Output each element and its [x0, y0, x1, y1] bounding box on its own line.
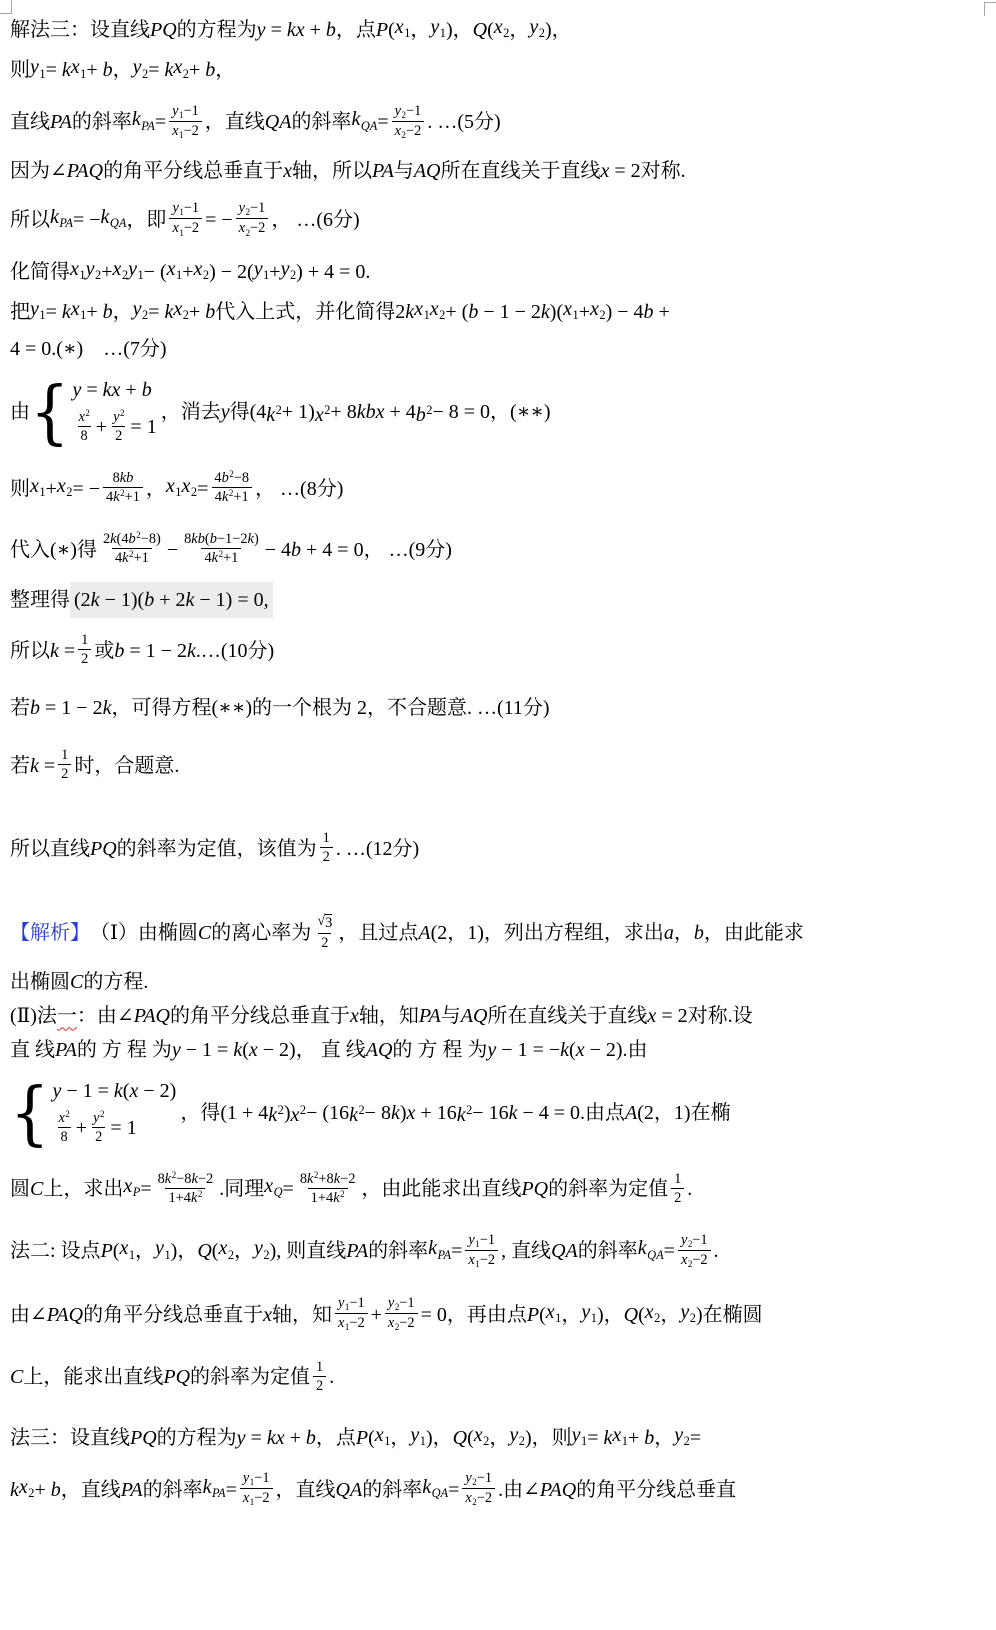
- math-run: 2: [321, 935, 328, 951]
- text-run: .由∠: [498, 1475, 540, 1505]
- math-run: (2k − 1)(b + 2k − 1) = 0,: [74, 589, 269, 611]
- text-run: 的斜率: [291, 107, 351, 137]
- text-run: ，: [146, 474, 166, 504]
- subscripted-symbol: x2: [395, 123, 406, 139]
- math-run: (∗): [50, 535, 77, 565]
- text-run: …(10分): [201, 636, 274, 666]
- text-run: ，即: [126, 205, 166, 235]
- text-run: 的斜率: [72, 107, 132, 137]
- text-run: ，且过点: [338, 918, 418, 948]
- text-run: 时，合题意.: [74, 751, 179, 781]
- math-run: PA: [121, 1475, 143, 1505]
- math-run: ): [426, 1423, 433, 1453]
- math-run: −: [167, 535, 178, 565]
- subscripted-symbol: kPA: [50, 202, 73, 238]
- fraction: y1−1x1−2: [465, 1231, 498, 1271]
- math-run: PA: [50, 107, 72, 137]
- text-run: ，: [135, 1236, 155, 1266]
- math-run: b = 1 − 2k.: [114, 636, 200, 666]
- subscripted-symbol: x1: [166, 471, 182, 507]
- text-run: ，: [660, 1300, 680, 1330]
- math-run: 1: [323, 830, 330, 846]
- math-run: 2: [323, 849, 330, 865]
- math-run: PA: [419, 1001, 441, 1031]
- text-run: 与: [394, 156, 414, 186]
- math-run: =: [664, 1236, 675, 1266]
- text-run: 若: [10, 751, 30, 781]
- text-run: ，: [447, 918, 467, 948]
- fraction: 12: [313, 1358, 326, 1395]
- highlighted-equation: (2k − 1)(b + 2k − 1) = 0,: [70, 582, 273, 618]
- text-line: 则x1 + x2 = −8kb4k2+1，x1x2 = 4b2−84k2+1， …: [10, 470, 986, 507]
- text-run: 因为∠: [10, 156, 67, 186]
- subscripted-symbol: x1: [172, 123, 183, 139]
- text-run: ，: [509, 15, 529, 45]
- text-run: 在椭圆: [703, 1300, 763, 1330]
- text-line: 把y1 = kx1 + b，y2 = kx2 + b代入上式，并化简得2kx1x…: [10, 294, 986, 330]
- text-run: 整理得: [10, 585, 70, 615]
- math-run: PA: [346, 1236, 368, 1266]
- text-run: ，列出方程组，求出: [484, 918, 664, 948]
- math-run: −1: [349, 1295, 364, 1311]
- math-run: 2: [61, 766, 68, 782]
- subscripted-symbol: x2: [218, 1233, 234, 1269]
- text-run: ，: [654, 1098, 674, 1128]
- subscripted-symbol: y1: [581, 1297, 597, 1333]
- fraction: 4b2−84k2+1: [211, 469, 252, 506]
- math-run: y = kx + b: [72, 378, 151, 403]
- text-run: .同理: [219, 1174, 264, 1204]
- subscripted-symbol: x2: [474, 1420, 490, 1456]
- math-run: =: [448, 1475, 459, 1505]
- text-run: . …(12分): [336, 834, 419, 864]
- text-run: ， …(9分): [364, 535, 452, 565]
- math-run: y − 1 = k(x − 2): [172, 1035, 296, 1065]
- math-run: = 1: [130, 415, 156, 440]
- subscripted-symbol: y2: [281, 254, 297, 290]
- text-run: 轴，所以: [292, 156, 372, 186]
- math-run: 2: [95, 1129, 102, 1145]
- text-line: 圆 C 上，求出xP = 8k2−8k−21+4k2.同理xQ = 8k2+8k…: [10, 1171, 986, 1208]
- superscripted-symbol: y2: [93, 1110, 104, 1126]
- text-line: 代入(∗)得2k(4b2−8)4k2+1 − 8kb(b−1−2k)4k2+1 …: [10, 531, 986, 568]
- math-run: −1: [250, 200, 265, 216]
- text-run: 的角平分线总垂直于: [170, 1001, 350, 1031]
- text-run: 或: [94, 636, 114, 666]
- math-run: x: [263, 1300, 272, 1330]
- math-run: y − 1 = −k(x − 2).: [487, 1035, 627, 1065]
- math-run: PAQ: [540, 1475, 576, 1505]
- text-run: 法三：设直线: [10, 1423, 130, 1453]
- math-run: 1: [61, 747, 68, 763]
- text-run: ， …(8分): [255, 474, 343, 504]
- text-run: 法二: 设点: [10, 1236, 101, 1266]
- math-run: C: [198, 918, 211, 948]
- text-run: 得: [77, 535, 97, 565]
- math-run: 1: [316, 1359, 323, 1375]
- text-line: (Ⅱ)法一：由∠PAQ的角平分线总垂直于 x 轴，知 PA 与 AQ 所在直线关…: [10, 1001, 986, 1031]
- subscripted-symbol: y1: [30, 294, 46, 330]
- fraction: y22: [110, 408, 127, 445]
- subscripted-symbol: y2: [133, 52, 149, 88]
- text-line: 所以kPA = −kQA，即y1−1x1−2 = −y2−1x2−2， …(6分…: [10, 200, 986, 240]
- math-run: 1): [674, 1098, 691, 1128]
- subscripted-symbol: kPA: [428, 1233, 451, 1269]
- math-run: − (16: [306, 1098, 349, 1128]
- text-run: 的斜率: [368, 1236, 428, 1266]
- math-run: QA: [551, 1236, 578, 1266]
- text-run: ，直线: [276, 1475, 336, 1505]
- fraction: 8kb(b−1−2k)4k2+1: [181, 530, 262, 567]
- subscripted-symbol: x1: [338, 1315, 349, 1331]
- math-run: 4: [215, 489, 222, 505]
- text-run: 的斜率为定值: [190, 1362, 310, 1392]
- math-run: =: [451, 1236, 462, 1266]
- math-run: 8kb(b−1−2k): [184, 531, 259, 547]
- math-run: −2: [399, 1315, 414, 1331]
- math-run: ): [597, 1300, 604, 1330]
- text-run: ：由∠: [77, 1001, 134, 1031]
- superscripted-symbol: k2: [349, 1095, 365, 1130]
- superscripted-symbol: k2: [113, 489, 124, 505]
- math-run: k =: [50, 636, 75, 666]
- math-run: = k: [148, 55, 173, 85]
- superscripted-symbol: x2: [58, 1110, 69, 1126]
- text-run: 的方程为: [157, 1423, 237, 1453]
- text-line: 直 线 PA 的 方 程 为 y − 1 = k(x − 2) ， 直 线 AQ…: [10, 1035, 986, 1065]
- text-run: 代入上式，并化简得: [215, 297, 395, 327]
- math-run: P(: [101, 1236, 120, 1266]
- math-run: +: [579, 297, 590, 327]
- subscripted-symbol: y1: [254, 254, 270, 290]
- text-run: ，: [390, 1423, 410, 1453]
- text-run: 的角平分线总垂直: [576, 1475, 736, 1505]
- math-run: + (b − 1 − 2k)(: [445, 297, 563, 327]
- math-run: −1: [399, 1295, 414, 1311]
- math-run: +1: [233, 489, 248, 505]
- subscripted-symbol: x2: [681, 1252, 692, 1268]
- superscripted-symbol: b2: [129, 531, 141, 547]
- subscripted-symbol: x1: [243, 1490, 254, 1506]
- math-run: C: [30, 1174, 43, 1204]
- math-run: + b: [189, 55, 215, 85]
- text-run: 所以: [10, 636, 50, 666]
- text-run: 由: [628, 1035, 648, 1065]
- text-run: 的一个根为 2，不合题意. …(11分): [252, 693, 550, 723]
- subscripted-symbol: x1: [167, 254, 183, 290]
- text-line: 所以直线 PQ 的斜率为定值，该值为12. …(12分): [10, 830, 986, 867]
- math-run: y − 1 = k(x − 2): [52, 1079, 176, 1104]
- math-run: QA: [265, 107, 292, 137]
- subscripted-symbol: y1: [30, 52, 46, 88]
- subscripted-symbol: x2: [465, 1490, 476, 1506]
- text-run: .: [687, 1174, 692, 1204]
- text-run: ，: [489, 1423, 509, 1453]
- math-run: +: [101, 257, 112, 287]
- equation-system: {y = kx + bx28 + y22 = 1: [30, 378, 157, 446]
- subscripted-symbol: y2: [681, 1232, 692, 1248]
- superscripted-symbol: x2: [315, 395, 331, 430]
- text-run: 的角平分线总垂直于: [103, 156, 283, 186]
- math-run: AQ: [366, 1035, 393, 1065]
- superscripted-symbol: k2: [122, 550, 133, 566]
- subscripted-symbol: y2: [465, 1470, 476, 1486]
- math-run: 4: [204, 550, 211, 566]
- text-line: 【解析】（Ⅰ）由椭圆 C 的离心率为√32，且过点A(2，1)，列出方程组，求出…: [10, 913, 986, 952]
- math-run: +: [46, 474, 57, 504]
- math-run: PQ: [521, 1174, 548, 1204]
- math-run: 8kb: [113, 470, 134, 486]
- math-run: −2: [406, 123, 421, 139]
- math-run: Q(: [473, 15, 494, 45]
- fraction: y1−1x1−2: [169, 102, 202, 142]
- math-run: −1: [406, 103, 421, 119]
- text-run: 把: [10, 297, 30, 327]
- text-run: ，: [177, 1236, 197, 1266]
- text-line: 则y1 = kx1 + b，y2 = kx2 + b，: [10, 52, 986, 88]
- superscripted-symbol: b2: [222, 470, 234, 486]
- math-run: =: [226, 1475, 237, 1505]
- text-run: ，点: [316, 1423, 356, 1453]
- brace: {: [30, 381, 69, 443]
- math-run: ): [525, 1423, 532, 1453]
- text-run: 与: [441, 1001, 461, 1031]
- text-run: 上，能求出直线: [23, 1362, 163, 1392]
- math-run: a: [664, 918, 674, 948]
- text-run: 所以直线: [10, 834, 90, 864]
- math-run: b: [694, 918, 704, 948]
- subscripted-symbol: kQA: [638, 1233, 664, 1269]
- text-run: ，直线: [205, 107, 265, 137]
- text-run: 的斜率: [143, 1475, 203, 1505]
- text-run: ，则: [532, 1423, 572, 1453]
- text-run: ，: [433, 1423, 453, 1453]
- math-run: + 1): [282, 397, 315, 427]
- math-run: − (: [144, 257, 167, 287]
- subscripted-symbol: x2: [173, 52, 189, 88]
- subscripted-symbol: y2: [509, 1420, 525, 1456]
- text-run: 由: [10, 397, 30, 427]
- subscripted-symbol: y1: [155, 1233, 171, 1269]
- math-run: −2: [250, 220, 265, 236]
- math-run: PQ: [150, 15, 177, 45]
- text-line: 由∠PAQ的角平分线总垂直于 x 轴，知y1−1x1−2 + y2−1x2−2 …: [10, 1295, 986, 1335]
- brace: {: [10, 1081, 49, 1143]
- math-run: ): [696, 1300, 703, 1330]
- math-run: 2: [674, 1190, 681, 1206]
- math-run: PAQ: [47, 1300, 83, 1330]
- subscripted-symbol: y2: [254, 1233, 270, 1269]
- math-run: (∗∗): [510, 397, 551, 427]
- fraction: 12: [320, 829, 333, 866]
- text-run: 在椭: [691, 1098, 731, 1128]
- fraction: y1−1x1−2: [240, 1469, 273, 1509]
- math-run: QA: [336, 1475, 363, 1505]
- text-run: ，: [113, 55, 133, 85]
- text-run: ，由此能求出直线: [361, 1174, 521, 1204]
- text-run: , 则直线: [276, 1236, 346, 1266]
- math-run: x = 2: [601, 156, 641, 186]
- math-run: ): [446, 15, 453, 45]
- text-run: ，: [215, 55, 235, 85]
- fraction: y2−1x2−2: [236, 199, 269, 239]
- text-run: 对称.设: [688, 1001, 753, 1031]
- fraction: √32: [314, 912, 335, 951]
- subscripted-symbol: y2: [674, 1420, 690, 1456]
- document-body: 解法三：设直线 PQ 的方程为y = kx + b，点P(x1，y1)，Q(x2…: [0, 0, 996, 1509]
- fraction: y1−1x1−2: [335, 1294, 368, 1334]
- subscripted-symbol: y1: [243, 1470, 254, 1486]
- text-line: 由{y = kx + bx28 + y22 = 1，消去 y 得(4k2 + 1…: [10, 378, 986, 446]
- math-run: k =: [30, 751, 55, 781]
- subscripted-symbol: y1: [128, 254, 144, 290]
- math-run: =: [197, 474, 208, 504]
- math-run: − 8 = 0: [432, 397, 490, 427]
- text-run: 的角平分线总垂直于: [83, 1300, 263, 1330]
- text-line: 法三：设直线 PQ 的方程为y = kx + b，点P(x1，y1)，Q(x2，…: [10, 1420, 986, 1456]
- text-run: 的斜率为定值: [548, 1174, 668, 1204]
- superscripted-symbol: k2: [212, 550, 223, 566]
- text-run: 对称.: [641, 156, 686, 186]
- math-run: 8: [61, 1129, 68, 1145]
- math-run: =: [283, 1174, 294, 1204]
- subscripted-symbol: x1: [375, 1420, 391, 1456]
- subscripted-symbol: y1: [430, 12, 446, 48]
- math-run: = 0: [421, 1300, 447, 1330]
- superscripted-symbol: k2: [191, 1190, 202, 1206]
- text-run: ，由此能求: [704, 918, 804, 948]
- math-run: −8k−2: [176, 1171, 213, 1187]
- subscripted-symbol: y1: [572, 1420, 588, 1456]
- math-run: +: [269, 257, 280, 287]
- math-run: −2: [183, 123, 198, 139]
- subscripted-symbol: x1: [612, 1420, 628, 1456]
- text-run: ，可得方程: [111, 693, 211, 723]
- math-run: −2: [184, 220, 199, 236]
- text-run: 的方程.: [83, 967, 148, 997]
- math-run: P(: [527, 1300, 546, 1330]
- text-line: 若k = 12时，合题意.: [10, 747, 986, 784]
- text-run: ，: [410, 15, 430, 45]
- subscripted-symbol: x2: [494, 12, 510, 48]
- fraction: 12: [671, 1170, 684, 1207]
- subscripted-symbol: y1: [172, 200, 183, 216]
- math-run: PQ: [163, 1362, 190, 1392]
- text-run: 直 线: [10, 1035, 55, 1065]
- superscripted-symbol: x2: [78, 409, 89, 425]
- text-run: 的离心率为: [211, 918, 311, 948]
- subscripted-symbol: x1: [172, 220, 183, 236]
- math-run: =: [377, 107, 388, 137]
- math-run: PAQ: [67, 156, 103, 186]
- subscripted-symbol: x1: [30, 471, 46, 507]
- subscripted-symbol: x1: [414, 294, 430, 330]
- text-run: ，点: [336, 15, 376, 45]
- subscripted-symbol: y2: [239, 200, 250, 216]
- text-line: kx2 + b，直线 PA 的斜率kPA = y1−1x1−2，直线 QA 的斜…: [10, 1470, 986, 1510]
- math-run: y = kx + b: [257, 15, 336, 45]
- text-run: ，: [604, 1300, 624, 1330]
- fraction: y2−1x2−2: [678, 1231, 711, 1271]
- text-run: 得: [230, 397, 250, 427]
- text-run: 的方程为: [177, 15, 257, 45]
- fraction: 2k(4b2−8)4k2+1: [100, 530, 164, 567]
- math-run: PA: [372, 156, 394, 186]
- text-run: 轴，知: [359, 1001, 419, 1031]
- math-run: =: [690, 1423, 701, 1453]
- math-run: 1: [674, 1171, 681, 1187]
- subscripted-symbol: y2: [133, 294, 149, 330]
- fraction: x28: [75, 408, 92, 445]
- math-run: 2k: [395, 297, 414, 327]
- math-run: ): [545, 15, 552, 45]
- math-run: + b: [189, 297, 215, 327]
- text-run: ，再由点: [447, 1300, 527, 1330]
- math-run: A(2: [625, 1098, 654, 1128]
- math-run: +: [96, 415, 107, 440]
- subscripted-symbol: y2: [86, 254, 102, 290]
- text-line: 整理得(2k − 1)(b + 2k − 1) = 0,: [10, 582, 986, 618]
- math-run: − 8k)x + 16: [365, 1098, 457, 1128]
- math-run: = k: [46, 297, 71, 327]
- subscripted-symbol: y2: [388, 1295, 399, 1311]
- math-run: +1: [133, 550, 148, 566]
- subscripted-symbol: x1: [119, 1233, 135, 1269]
- analysis-label: 【解析】: [10, 918, 90, 948]
- fraction: y2−1x2−2: [462, 1469, 495, 1509]
- math-run: 1+4: [168, 1190, 191, 1206]
- math-run: x = 2: [647, 1001, 687, 1031]
- text-line: 4 = 0.(∗) …(7分): [10, 334, 986, 364]
- math-run: + 8kbx + 4: [330, 397, 415, 427]
- text-run: 所以: [10, 205, 50, 235]
- text-run: 由点: [585, 1098, 625, 1128]
- subscripted-symbol: y2: [529, 12, 545, 48]
- subscripted-symbol: x2: [590, 294, 606, 330]
- math-run: −1: [183, 103, 198, 119]
- math-run: P(: [356, 1423, 375, 1453]
- text-run: 直线: [10, 107, 50, 137]
- text-run: .: [329, 1362, 334, 1392]
- superscripted-symbol: k2: [307, 1171, 318, 1187]
- subscripted-symbol: y2: [395, 103, 406, 119]
- math-run: = k: [148, 297, 173, 327]
- math-run: + b: [34, 1475, 60, 1505]
- text-run: ，: [552, 15, 572, 45]
- superscripted-symbol: k2: [333, 1190, 344, 1206]
- subscripted-symbol: y1: [468, 1232, 479, 1248]
- subscripted-symbol: kQA: [351, 104, 377, 140]
- math-run: +1: [125, 489, 140, 505]
- text-run: 解法三：设直线: [10, 15, 150, 45]
- math-run: 8: [81, 428, 88, 444]
- subscripted-symbol: x1: [563, 294, 579, 330]
- superscripted-symbol: k2: [266, 395, 282, 430]
- subscripted-symbol: kPA: [203, 1472, 226, 1508]
- math-run: b = 1 − 2k: [30, 693, 111, 723]
- subscripted-symbol: x1: [468, 1252, 479, 1268]
- math-run: 4 = 0.: [10, 334, 56, 364]
- text-run: ，: [561, 1300, 581, 1330]
- text-run: ， 直 线: [296, 1035, 366, 1065]
- subscripted-symbol: x2: [645, 1297, 661, 1333]
- math-run: −1: [254, 1470, 269, 1486]
- fraction: 8kb4k2+1: [103, 469, 143, 506]
- subscripted-symbol: x1: [546, 1297, 562, 1333]
- fraction: 8k2−8k−21+4k2: [155, 1170, 217, 1207]
- math-run: ): [284, 1098, 291, 1128]
- math-run: PQ: [130, 1423, 157, 1453]
